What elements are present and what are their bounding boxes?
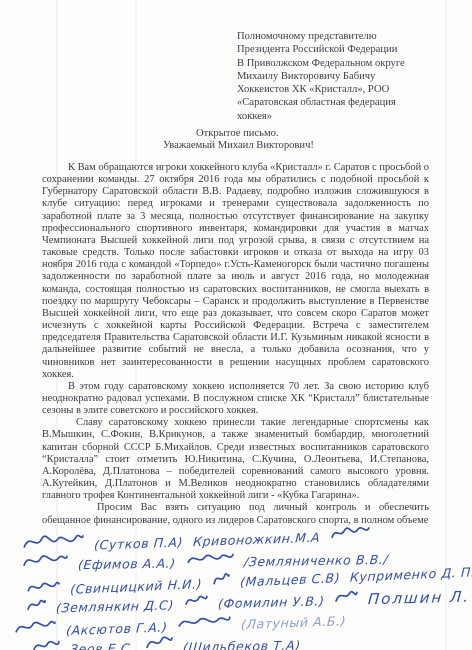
- signature-name: (Ефимов А.А.): [77, 555, 176, 572]
- letter-salutation: Уважаемый Михаил Викторович!: [163, 140, 314, 151]
- recipient-line: Полномочному представителю: [237, 30, 437, 43]
- signature-scrawl-icon: [144, 632, 172, 650]
- recipient-line: В Приволжском Федеральном округе: [237, 57, 437, 70]
- signature-row: Зеов Е.С. (Шильбеков Т.А): [32, 630, 301, 650]
- signature-scrawl-icon: [334, 586, 358, 605]
- signature-scrawl-icon: [186, 549, 234, 568]
- signature-name: Куприменко Д. П.: [350, 564, 472, 585]
- scanner-streak: [445, 0, 447, 650]
- recipient-line: «Саратовская областная федерация: [237, 96, 437, 109]
- signature-scrawl-icon: [177, 611, 232, 631]
- signature-name: Полшин Л. О.: [368, 587, 472, 608]
- recipient-line: Михаилу Викторовичу Бабичу: [237, 70, 437, 83]
- signature-scrawl-icon: [22, 549, 68, 570]
- scanned-letter-page: Полномочному представителю Президента Ро…: [0, 0, 472, 650]
- signature-scrawl-icon: [26, 595, 46, 614]
- paragraph: Славу саратовскому хоккею принесли такие…: [42, 417, 429, 502]
- recipient-line: Президента Российской Федерации: [237, 43, 437, 56]
- signature-scrawl-icon: [330, 522, 371, 541]
- letter-subject: Открытое письмо.: [196, 128, 279, 139]
- signature-scrawl-icon: [184, 590, 208, 609]
- signature-scrawl-icon: [212, 569, 231, 588]
- letter-body: К Вам обращаются игроки хоккейного клуба…: [42, 162, 429, 527]
- signature-name: (Шильбеков Т.А): [182, 638, 301, 650]
- recipient-line: Хоккеистов ХК «Кристалл», РОО: [237, 83, 437, 96]
- signature-scrawl-icon: [32, 636, 60, 650]
- signature-name: Зеов Е.С.: [69, 641, 135, 650]
- recipient-line: хоккея»: [237, 110, 437, 123]
- paragraph: К Вам обращаются игроки хоккейного клуба…: [42, 162, 429, 381]
- paragraph: В этом году саратовскому хоккею исполняе…: [42, 381, 429, 417]
- signature-scrawl-icon: [26, 576, 61, 595]
- recipient-address-block: Полномочному представителю Президента Ро…: [237, 30, 437, 123]
